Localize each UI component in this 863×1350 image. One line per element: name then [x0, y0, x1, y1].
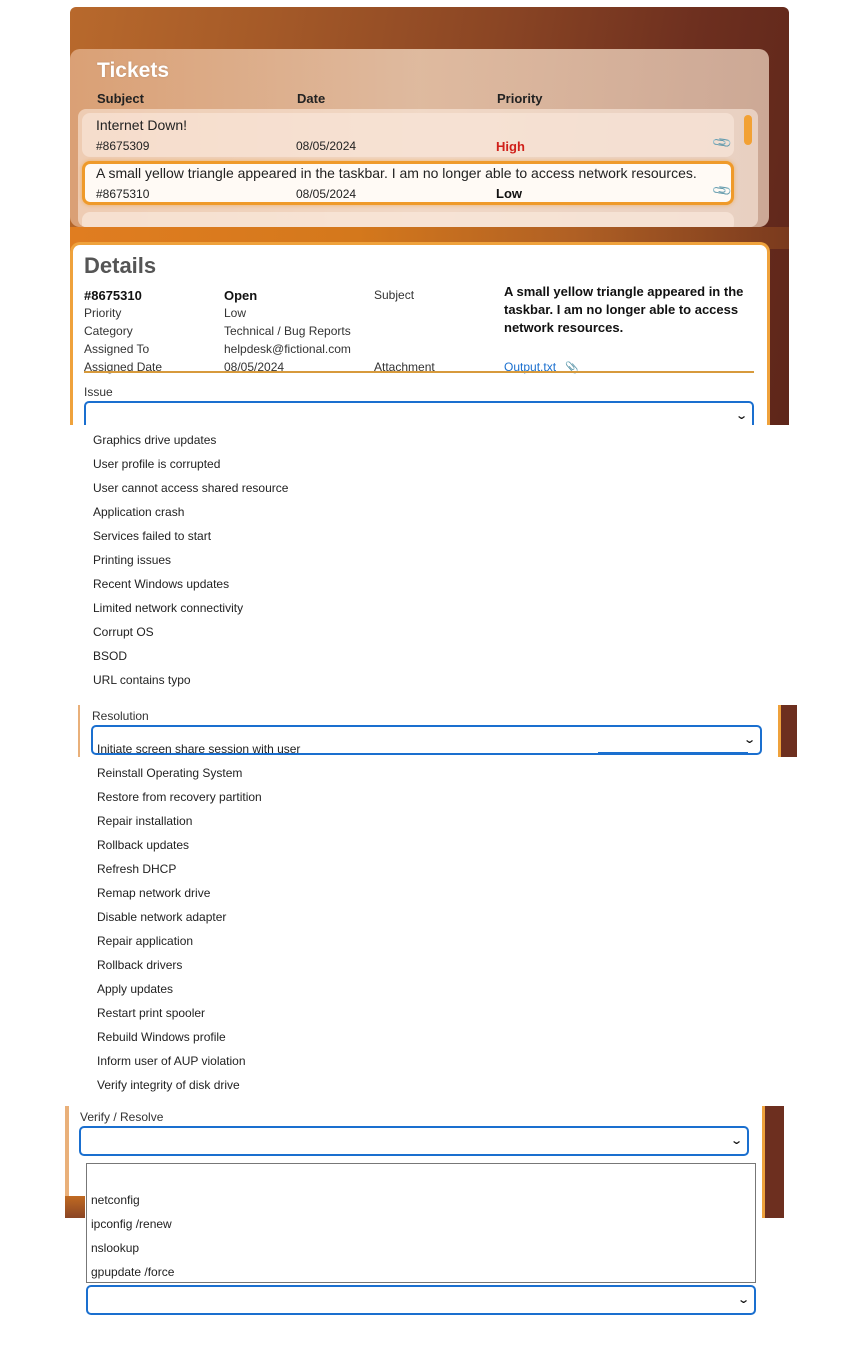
category-value: Technical / Bug Reports [224, 324, 351, 338]
issue-option[interactable]: Limited network connectivity [93, 596, 288, 620]
verify-second-select[interactable]: ⌄ [86, 1285, 756, 1315]
chevron-down-icon: ⌄ [737, 1293, 750, 1306]
verify-option[interactable]: nslookup [87, 1236, 755, 1260]
resolution-option[interactable]: Inform user of AUP violation [97, 1049, 300, 1073]
ticket-row-selected[interactable]: A small yellow triangle appeared in the … [82, 161, 734, 205]
issue-option[interactable]: User cannot access shared resource [93, 476, 288, 500]
resolution-option[interactable]: Rebuild Windows profile [97, 1025, 300, 1049]
verify-option[interactable]: ipconfig /renew [87, 1212, 755, 1236]
ticket-subject: A small yellow triangle appeared in the … [96, 165, 697, 181]
paperclip-icon[interactable]: 📎 [711, 180, 734, 203]
ticket-id: #8675310 [96, 187, 149, 201]
issue-option[interactable]: Services failed to start [93, 524, 288, 548]
issue-option[interactable]: Recent Windows updates [93, 572, 288, 596]
resolution-option[interactable]: Remap network drive [97, 881, 300, 905]
verify-label: Verify / Resolve [80, 1110, 163, 1124]
resolution-option[interactable]: Reinstall Operating System [97, 761, 300, 785]
resolution-option[interactable]: Repair installation [97, 809, 300, 833]
assigned-to-value: helpdesk@fictional.com [224, 342, 351, 356]
paperclip-icon[interactable]: 📎 [711, 132, 734, 155]
select-underline [598, 752, 748, 754]
column-header-date[interactable]: Date [297, 91, 325, 106]
ticket-priority: Low [496, 186, 522, 201]
resolution-option[interactable]: Initiate screen share session with user [97, 737, 300, 761]
priority-value: Low [224, 306, 246, 320]
tickets-panel: Tickets Subject Date Priority Internet D… [70, 49, 769, 227]
ticket-priority: High [496, 139, 525, 154]
ticket-row[interactable] [82, 212, 734, 227]
frame-edge [78, 705, 80, 757]
ticket-id: #8675309 [96, 139, 149, 153]
ticket-number: #8675310 [84, 288, 142, 303]
resolution-options: Initiate screen share session with userR… [97, 737, 300, 1097]
chevron-down-icon: ⌄ [743, 733, 756, 746]
verify-option[interactable]: gpupdate /force [87, 1260, 755, 1284]
details-divider [84, 371, 754, 373]
issue-option[interactable]: User profile is corrupted [93, 452, 288, 476]
resolution-option[interactable]: Verify integrity of disk drive [97, 1073, 300, 1097]
column-header-priority[interactable]: Priority [497, 91, 543, 106]
issue-option[interactable]: Corrupt OS [93, 620, 288, 644]
ticket-date: 08/05/2024 [296, 187, 356, 201]
details-panel: Details #8675310 Open Priority Low Categ… [70, 242, 770, 425]
frame-edge [778, 705, 797, 757]
resolution-label: Resolution [92, 709, 149, 723]
resolution-option[interactable]: Apply updates [97, 977, 300, 1001]
resolution-option[interactable]: Restore from recovery partition [97, 785, 300, 809]
frame-edge [65, 1196, 85, 1218]
column-header-subject[interactable]: Subject [97, 91, 144, 106]
issue-option[interactable]: Application crash [93, 500, 288, 524]
verify-options-listbox[interactable]: netconfigipconfig /renewnslookupgpupdate… [86, 1163, 756, 1283]
category-label: Category [84, 324, 133, 338]
issue-select[interactable]: ⌄ [84, 401, 754, 425]
ticket-row[interactable]: Internet Down! #8675309 08/05/2024 High … [82, 113, 734, 157]
issue-option[interactable]: Printing issues [93, 548, 288, 572]
chevron-down-icon: ⌄ [730, 1134, 743, 1147]
issue-option[interactable]: URL contains typo [93, 668, 288, 692]
ticket-subject: Internet Down! [96, 117, 187, 133]
verify-select[interactable]: ⌄ [79, 1126, 749, 1156]
resolution-option[interactable]: Restart print spooler [97, 1001, 300, 1025]
issue-options: Graphics drive updatesUser profile is co… [93, 428, 288, 692]
issue-option[interactable]: Graphics drive updates [93, 428, 288, 452]
resolution-option[interactable]: Disable network adapter [97, 905, 300, 929]
ticket-status: Open [224, 288, 257, 303]
resolution-option[interactable]: Refresh DHCP [97, 857, 300, 881]
resolution-option[interactable]: Rollback updates [97, 833, 300, 857]
ticket-list-scrollbar[interactable] [744, 115, 752, 145]
details-title: Details [84, 253, 156, 279]
priority-label: Priority [84, 306, 121, 320]
subject-label: Subject [374, 288, 414, 302]
ticket-list: Internet Down! #8675309 08/05/2024 High … [78, 109, 758, 227]
ticket-date: 08/05/2024 [296, 139, 356, 153]
app-frame: Tickets Subject Date Priority Internet D… [70, 7, 789, 425]
tickets-title: Tickets [97, 59, 169, 83]
verify-options: netconfigipconfig /renewnslookupgpupdate… [87, 1164, 755, 1284]
issue-label: Issue [84, 385, 113, 399]
verify-option[interactable]: netconfig [87, 1188, 755, 1212]
chevron-down-icon: ⌄ [735, 409, 748, 422]
issue-option[interactable]: BSOD [93, 644, 288, 668]
resolution-option[interactable]: Rollback drivers [97, 953, 300, 977]
assigned-to-label: Assigned To [84, 342, 149, 356]
subject-value: A small yellow triangle appeared in the … [504, 283, 744, 337]
resolution-option[interactable]: Repair application [97, 929, 300, 953]
frame-edge [762, 1106, 784, 1218]
